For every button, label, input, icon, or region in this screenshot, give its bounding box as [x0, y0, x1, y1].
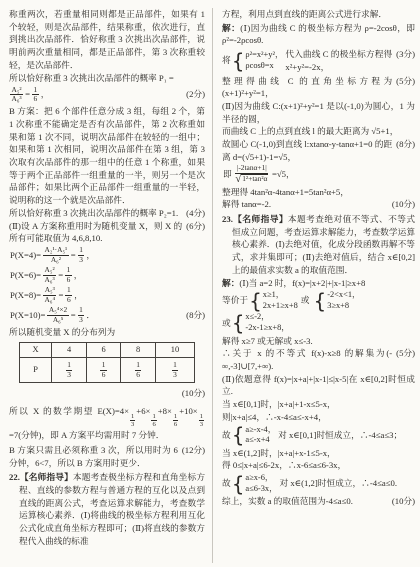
- fraction-numerator: 1: [199, 413, 204, 421]
- text-after-system: (3分)代入曲线 C 的极坐标方程得 x²+y²=-2x，: [283, 48, 415, 73]
- fraction-denominator: A₆²: [49, 256, 62, 265]
- table-cell: P: [19, 358, 52, 382]
- fraction: |-2tanα+1| √1²+tan²α: [234, 164, 270, 184]
- system-lines: a≥x-6， a≤6-3x，: [245, 473, 277, 494]
- fraction: A₅² A₆³: [10, 86, 23, 104]
- score-mark: (5分): [392, 75, 415, 88]
- score-mark: (10分): [178, 387, 205, 400]
- equals-sign: =: [59, 289, 64, 302]
- fraction: 13: [130, 413, 135, 429]
- equals-sign: =: [71, 249, 76, 262]
- equals-sign: =: [58, 269, 63, 282]
- paragraph: 而曲线 C 上的点到直线 l 的最大距离为 √5+1，: [222, 125, 415, 138]
- punctuation: ，: [41, 88, 50, 101]
- formula-lhs: P(X=4)=: [10, 249, 41, 262]
- text: 故圆心 C(-1,0)到直线 l:xtanα-y-tanα+1=0 的距离 d=…: [222, 139, 392, 162]
- score-mark: (3分): [392, 48, 415, 61]
- fraction-denominator: 6: [32, 95, 39, 104]
- item-22: 22.【名师指导】本题考查极坐标方程和直角坐标方程、直线的参数方程与普通方程的互…: [9, 471, 205, 547]
- equals-sign: =: [25, 88, 30, 101]
- score-mark: (8分): [182, 309, 205, 322]
- fraction-denominator: 3: [131, 421, 134, 428]
- system-line: ρ²=x²+y²，: [245, 50, 283, 61]
- fraction-denominator: 3: [172, 371, 179, 380]
- fraction: 13: [199, 413, 204, 429]
- fraction: 13: [78, 246, 85, 264]
- text: 将: [222, 54, 231, 67]
- fraction: 13: [66, 361, 73, 379]
- score-mark: (8分): [392, 138, 415, 151]
- fraction: 16: [65, 286, 72, 304]
- text: (Ⅰ)当 a=2 时，f(x)=|x+2|+|x-1|≥x+8: [239, 278, 365, 288]
- left-column: 称重两次，若重量相同则都是正品部件，如果有 1 个较轻，则是次品部件，结果称重，…: [9, 8, 213, 563]
- paragraph: (Ⅱ)因为曲线 C:(x+1)²+y²=1 是以(-1,0)为圆心，1 为半径的…: [222, 100, 415, 125]
- case-system-1: 等价于 { x≥1， 2x+1≥x+8 或 { -2<x<1， 3≥x+8: [222, 290, 415, 311]
- score-mark: (2分): [182, 88, 205, 101]
- paragraph: 解得 x≥7 或无解或 x≤-3.: [222, 335, 415, 348]
- text: 综上，实数 a 的取值范围为-4≤a≤0.: [222, 496, 353, 506]
- distance-formula: 即 |-2tanα+1| √1²+tan²α =√5，: [222, 164, 415, 184]
- radicand: 1²+tan²α: [241, 174, 268, 184]
- formula-px6: P(X=6)= A₅²A₆³ = 16 ，: [9, 266, 205, 285]
- text: 故: [222, 429, 231, 442]
- system-line: x≥1，: [263, 290, 298, 301]
- teacher-guide-tag: 【名师指导】: [20, 472, 73, 482]
- fraction: A₅³A₆⁴: [43, 286, 57, 304]
- fraction-denominator: A₆⁴: [43, 296, 57, 305]
- punctuation: ，: [86, 249, 95, 262]
- fraction: 1 6: [32, 86, 39, 104]
- paragraph-scheme-b-time: (12分)B 方案只需且必须称重 3 次，所以用时为 6 分钟，6<7，所以 B…: [9, 444, 205, 469]
- system-line: -2<x<1，: [327, 290, 360, 301]
- left-brace: {: [232, 474, 245, 494]
- system-line: x≤-2，: [245, 312, 289, 323]
- fraction: 16: [151, 413, 156, 429]
- system-lines: -2<x<1， 3≥x+8: [327, 290, 360, 311]
- left-brace: {: [249, 291, 262, 311]
- paragraph: (5分)整理得曲线 C 的直角坐标方程为(x+1)²+y²=1，: [222, 75, 415, 100]
- paragraph: (10分)解得 tanα=-2.: [222, 198, 415, 211]
- paragraph-p2: (4分)所以恰好称重 3 次挑出次品部件的概率 P₂=1.: [9, 207, 205, 220]
- item-23: 23.【名师指导】本题考查绝对值不等式、不等式恒成立问题，考查运算求解能力，考查…: [222, 213, 415, 277]
- text: 所以恰好称重 3 次挑出次品部件的概率 P₂=1.: [9, 208, 178, 218]
- fraction-denominator: 3: [78, 316, 85, 325]
- table-cell: 6: [86, 342, 120, 358]
- text: 等价于: [222, 294, 248, 307]
- text: (Ⅰ)因为曲线 C 的极坐标方程为 ρ=-2cosθ，即 ρ²=-2ρcosθ.: [222, 23, 415, 46]
- text: +6×: [136, 406, 150, 416]
- punctuation: ．: [86, 309, 95, 322]
- text: B 方案只需且必须称重 3 次，所以用时为 6 分钟，6<7，所以 B 方案用时…: [9, 445, 178, 468]
- fraction: A₅⁴×2A₆⁵: [47, 306, 68, 324]
- system-line: a≤6-3x，: [245, 484, 277, 495]
- paragraph: 则|x+a|≤4，∴-x-4≤a≤-x+4，: [222, 411, 415, 424]
- equals-result: =√5，: [272, 168, 295, 181]
- table-cell: 10: [155, 342, 194, 358]
- fraction: 13: [172, 361, 179, 379]
- text: 解得 tanα=-2.: [222, 199, 271, 209]
- fraction-numerator: 1: [130, 413, 135, 421]
- paragraph-continuation: 方程，利用点到直线的距离公式进行求解．: [222, 8, 415, 21]
- fraction-denominator: 3: [78, 256, 85, 265]
- system-line: a≥-x-4，: [245, 425, 276, 436]
- solution-22-start: 解：(Ⅰ)因为曲线 C 的极坐标方程为 ρ=-2cosθ，即 ρ²=-2ρcos…: [222, 22, 415, 47]
- fraction-denominator: 6: [152, 421, 155, 428]
- solution-label: 解：: [222, 23, 240, 33]
- equals-sign: =: [71, 309, 76, 322]
- system-line: a≤-x+4: [245, 435, 276, 446]
- table-row-p: P 13 16 16 13: [19, 358, 194, 382]
- formula-lhs: P(X=10)=: [10, 309, 45, 322]
- text: 即: [223, 168, 232, 181]
- text: 整理得曲线 C 的直角坐标方程为(x+1)²+y²=1，: [222, 76, 392, 99]
- fraction-denominator: A₆³: [10, 95, 23, 104]
- paragraph-conclusion: (10分)综上，实数 a 的取值范围为-4≤a≤0.: [222, 495, 415, 508]
- paragraph-continuation: 称重两次，若重量相同则都是正品部件，如果有 1 个较轻，则是次品部件，结果称重，…: [9, 8, 205, 72]
- paragraph-distribution-intro: 所以随机变量 X 的分布列为: [9, 326, 205, 339]
- text: 所以 X 的数学期望 E(X)=4×: [9, 406, 129, 416]
- system-lines: ρ²=x²+y²， ρcosθ=x: [245, 50, 283, 71]
- paragraph-p1-intro: 所以恰好称重 3 次挑出次品部件的概率 P₁ =: [9, 72, 205, 85]
- system-line: -2x-1≥x+8，: [245, 323, 289, 334]
- fraction-numerator: 1: [173, 413, 178, 421]
- score-mark: (5分): [392, 347, 415, 360]
- system-lines: x≥1， 2x+1≥x+8: [263, 290, 298, 311]
- table-cell: 13: [155, 358, 194, 382]
- paragraph: 得 0≤|x+a|≤6-2x，∴x-6≤a≤6-3x，: [222, 459, 415, 472]
- table-cell: 4: [52, 342, 86, 358]
- score-mark: (12分): [178, 444, 205, 457]
- fraction-numerator: 1: [151, 413, 156, 421]
- system-line: a≥x-6，: [245, 473, 277, 484]
- fraction-denominator: 6: [65, 276, 72, 285]
- text-after-system: 对 x∈(1,2]时恒成立，∴-4≤a≤0.: [277, 477, 415, 490]
- right-column: 方程，利用点到直线的距离公式进行求解． 解：(Ⅰ)因为曲线 C 的极坐标方程为 …: [213, 8, 415, 563]
- paragraph-part2-setup: (6分)(Ⅱ)设 A 方案称重用时为随机变量 X，则 X 的所有可能取值为 4,…: [9, 220, 205, 245]
- text: 或: [222, 317, 231, 330]
- fraction: 16: [65, 266, 72, 284]
- paragraph: 整理得 4tan²α-4tanα+1=5tan²α+5，: [222, 186, 415, 199]
- left-brace: {: [232, 51, 245, 71]
- score-mark: (6分): [182, 220, 205, 233]
- table-cell: 16: [86, 358, 120, 382]
- text: (Ⅱ)设 A 方案称重用时为随机变量 X，则 X 的所有可能取值为 4,6,8,…: [9, 221, 182, 244]
- table-score-line: (10分): [9, 384, 205, 403]
- fraction: 13: [78, 306, 85, 324]
- text: 故: [222, 477, 231, 490]
- table-row-x: X 4 6 8 10: [19, 342, 194, 358]
- fraction-denominator: A₆⁵: [51, 316, 65, 325]
- case-system-4: 故 { a≥x-6， a≤6-3x， 对 x∈(1,2]时恒成立，∴-4≤a≤0…: [222, 473, 415, 494]
- paragraph-scheme-b: B 方案：把 6 个部件任意分成 3 组，每组 2 个，第 1 次称重不能确定是…: [9, 105, 205, 207]
- text: +8×: [158, 406, 172, 416]
- solution-23-start: 解：(Ⅰ)当 a=2 时，f(x)=|x+2|+|x-1|≥x+8: [222, 277, 415, 290]
- formula-lhs: P(X=6)=: [10, 269, 41, 282]
- system-line: ρcosθ=x: [245, 61, 283, 72]
- table-cell: 16: [121, 358, 155, 382]
- system-line: 3≥x+8: [327, 301, 360, 312]
- text-after-system: 对 x∈[0,1]时恒成立，∴-4≤a≤3；: [276, 429, 415, 442]
- square-root: √1²+tan²α: [235, 174, 268, 184]
- fraction-denominator: 6: [174, 421, 177, 428]
- fraction: 16: [100, 361, 107, 379]
- score-mark: (10分): [388, 198, 415, 211]
- table-cell: X: [19, 342, 52, 358]
- fraction: A₂¹·A₅¹A₆²: [43, 246, 69, 264]
- system-lines: a≥-x-4， a≤-x+4: [245, 425, 276, 446]
- solution-label: 解：: [222, 278, 239, 288]
- score-mark: (10分): [388, 495, 415, 508]
- case-system-3: 故 { a≥-x-4， a≤-x+4 对 x∈[0,1]时恒成立，∴-4≤a≤3…: [222, 425, 415, 446]
- text: +10×: [179, 406, 198, 416]
- substitution-system: 将 { ρ²=x²+y²， ρcosθ=x (3分)代入曲线 C 的极坐标方程得…: [222, 48, 415, 73]
- answer-key-page: 称重两次，若重量相同则都是正品部件，如果有 1 个较轻，则是次品部件，结果称重，…: [0, 0, 420, 567]
- punctuation: ，: [74, 269, 83, 282]
- paragraph: (8分)故圆心 C(-1,0)到直线 l:xtanα-y-tanα+1=0 的距…: [222, 138, 415, 163]
- fraction-denominator: A₆³: [43, 276, 56, 285]
- case-system-2: 或 { x≤-2， -2x-1≥x+8，: [222, 312, 415, 333]
- formula-px8: P(X=8)= A₅³A₆⁴ = 16 ，: [9, 286, 205, 305]
- table-cell: 13: [52, 358, 86, 382]
- fraction-denominator: 3: [66, 371, 73, 380]
- fraction: 16: [173, 413, 178, 429]
- fraction-denominator: 6: [100, 371, 107, 380]
- paragraph: (Ⅱ)依题意得 f(x)=|x+a|+|x-1|≤|x-5|在 x∈[0,2]时…: [222, 373, 415, 398]
- paragraph: 当 x∈(1,2]时，|x+a|+x-1≤5-x，: [222, 447, 415, 460]
- formula-px4: P(X=4)= A₂¹·A₅¹A₆² = 13 ，: [9, 246, 205, 265]
- text: =7(分钟)，即 A 方案平均需用时 7 分钟．: [9, 430, 164, 440]
- formula-lhs: P(X=8)=: [10, 289, 41, 302]
- fraction: 16: [135, 361, 142, 379]
- score-mark: (4分): [182, 207, 205, 220]
- punctuation: ，: [74, 289, 83, 302]
- item-text: 本题考查极坐标方程和直角坐标方程、直线的参数方程与普通方程的互化以及点到直线的距…: [19, 472, 205, 546]
- paragraph: 当 x∈[0,1]时，|x+a|+1-x≤5-x，: [222, 398, 415, 411]
- fraction-denominator: √1²+tan²α: [234, 174, 270, 185]
- paragraph-expectation: 所以 X 的数学期望 E(X)=4×13+6×16+8×16+10×13=7(分…: [9, 404, 205, 444]
- system-line: 2x+1≥x+8: [263, 301, 298, 312]
- left-brace: {: [232, 313, 245, 333]
- table-cell: 8: [121, 342, 155, 358]
- formula-p1: A₅² A₆³ = 1 6 ， (2分): [9, 85, 205, 104]
- fraction-denominator: 6: [65, 296, 72, 305]
- or-connector: 或: [301, 294, 310, 307]
- fraction-denominator: 6: [135, 371, 142, 380]
- item-number: 23.: [222, 214, 233, 224]
- fraction-denominator: 3: [200, 421, 203, 428]
- left-brace: {: [232, 425, 245, 445]
- formula-px10: P(X=10)= A₅⁴×2A₆⁵ = 13 ． (8分): [9, 306, 205, 325]
- text: 代入曲线 C 的极坐标方程得 x²+y²=-2x，: [285, 49, 392, 72]
- fraction: A₅²A₆³: [43, 266, 56, 284]
- distribution-table: X 4 6 8 10 P 13 16 16 13: [19, 342, 195, 383]
- teacher-guide-tag: 【名师指导】: [233, 214, 288, 224]
- system-lines: x≤-2， -2x-1≥x+8，: [245, 312, 289, 333]
- left-brace: {: [313, 291, 326, 311]
- item-number: 22.: [9, 472, 20, 482]
- text: ∴关于 x 的不等式 f(x)-x≥8 的解集为(-∞,-3]∪[7,+∞).: [222, 348, 392, 371]
- paragraph: (5分)∴关于 x 的不等式 f(x)-x≥8 的解集为(-∞,-3]∪[7,+…: [222, 347, 415, 372]
